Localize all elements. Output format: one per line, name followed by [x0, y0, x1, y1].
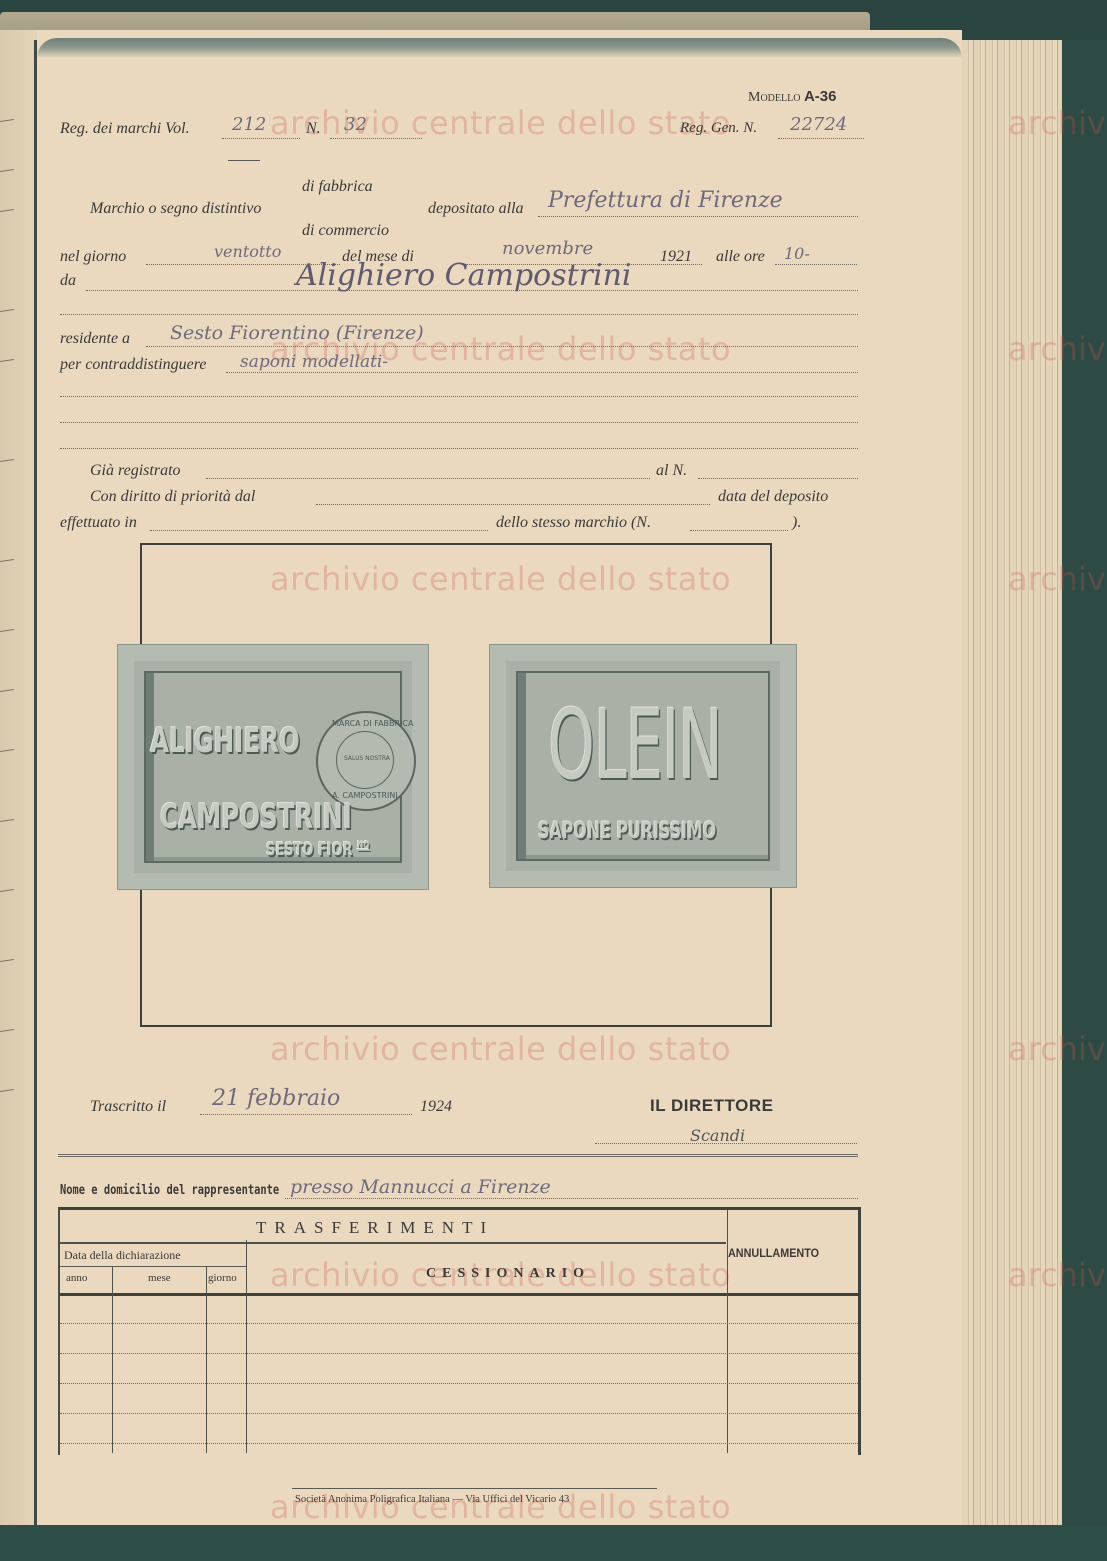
residente-label: residente a	[60, 330, 130, 348]
reg-gen-value: 22724	[790, 114, 847, 135]
effettuato-label: effettuato in	[60, 514, 137, 532]
director-title: IL DIRETTORE	[650, 1096, 773, 1116]
modello-label: Modello	[748, 90, 800, 105]
watermark: archivio centrale dello stato	[270, 1030, 731, 1068]
watermark-fragment: archivi	[1008, 1030, 1107, 1068]
watermark-fragment: archivi	[1008, 1256, 1107, 1294]
trascritto-label: Trascritto il	[90, 1098, 166, 1116]
contraddistinguere-label: per contraddistinguere	[60, 356, 207, 374]
printer-credit: Società Anonima Poligrafica Italiana — V…	[295, 1494, 569, 1505]
giorno-label: nel giorno	[60, 248, 126, 266]
seal-top-text: MARCA DI FABBRICA	[332, 719, 414, 728]
mark-sesto-suffix: NO	[357, 840, 369, 851]
trademark-image-olein: OLEIN SAPONE PURISSIMO	[489, 644, 797, 888]
priorita-label: Con diritto di priorità dal	[90, 488, 255, 506]
al-n-label: al N.	[656, 462, 687, 480]
stesso-marchio-label: dello stesso marchio (N.	[496, 514, 651, 532]
representative-value: presso Mannucci a Firenze	[290, 1176, 551, 1198]
mark-line-sesto: SESTO FIOR NO	[266, 839, 369, 860]
mese-value: novembre	[502, 238, 593, 259]
fabbrica-label: di fabbrica	[302, 178, 373, 196]
transfers-title: TRASFERIMENTI	[256, 1218, 494, 1238]
applicant-name: Alighiero Campostrini	[296, 258, 632, 293]
seal-motto: SALUS NOSTRA	[344, 755, 390, 762]
trascritto-value: 21 febbraio	[212, 1086, 340, 1111]
volume-value: 212	[232, 114, 266, 135]
reg-gen-label: Reg. Gen. N.	[680, 120, 757, 137]
form-model-code: Modello A-36	[748, 88, 836, 106]
representative-label: Nome e domicilio del rappresentante	[60, 1183, 279, 1198]
marchio-label: Marchio o segno distintivo	[90, 200, 261, 218]
ore-label: alle ore	[716, 248, 765, 266]
left-page-edge	[0, 30, 38, 1561]
col-cessionario: CESSIONARIO	[426, 1266, 590, 1282]
col-mese: mese	[148, 1272, 171, 1284]
data-deposito-label: data del deposito	[718, 488, 828, 506]
ore-value: 10-	[784, 244, 810, 263]
watermark-fragment: archivi	[1008, 330, 1107, 368]
trascritto-year: 1924	[420, 1098, 452, 1116]
residente-value: Sesto Fiorentino (Firenze)	[170, 322, 424, 344]
da-label: da	[60, 272, 76, 290]
footer-rule	[292, 1488, 657, 1489]
transfers-table: TRASFERIMENTI Data della dichiarazione a…	[58, 1207, 861, 1455]
gia-registrato-label: Già registrato	[90, 462, 181, 480]
col-anno: anno	[66, 1272, 87, 1284]
watermark-fragment: archivi	[1008, 104, 1107, 142]
mark-line-olein: OLEIN	[548, 689, 721, 801]
giorno-value: ventotto	[214, 242, 281, 261]
page-stack-edges	[962, 40, 1062, 1540]
mark-line-sapone: SAPONE PURISSIMO	[538, 819, 716, 844]
col-annullamento: ANNULLAMENTO	[728, 1246, 819, 1260]
contraddistinguere-value: saponi modellati-	[240, 352, 388, 372]
modello-code: A-36	[804, 88, 837, 105]
close-paren: ).	[792, 514, 801, 532]
mark-sesto-text: SESTO FIOR	[266, 839, 353, 860]
trademark-image-campostrini: ALIGHIERO MARCA DI FABBRICA SALUS NOSTRA…	[117, 644, 429, 890]
n-label: N.	[306, 120, 321, 138]
commercio-label: di commercio	[302, 222, 389, 240]
book-cover-bottom	[0, 1525, 1107, 1561]
director-signature: Scandi	[690, 1126, 745, 1145]
book-gutter	[34, 40, 37, 1561]
depositato-label: depositato alla	[428, 200, 524, 218]
col-giorno: giorno	[208, 1272, 237, 1284]
date-group-label: Data della dichiarazione	[64, 1248, 181, 1263]
watermark-fragment: archivi	[1008, 560, 1107, 598]
watermark: archivio centrale dello stato	[270, 104, 731, 142]
reg-marchi-label: Reg. dei marchi Vol.	[60, 120, 190, 138]
factory-seal: MARCA DI FABBRICA SALUS NOSTRA A. CAMPOS…	[316, 711, 416, 811]
mark-line-campostrini: CAMPOSTRINI	[160, 797, 352, 837]
anno-value: 1921	[660, 248, 692, 266]
number-value: 32	[344, 114, 367, 135]
page-top-curl	[37, 38, 962, 58]
depositato-value: Prefettura di Firenze	[548, 188, 783, 213]
mark-line-alighiero: ALIGHIERO	[150, 721, 300, 761]
